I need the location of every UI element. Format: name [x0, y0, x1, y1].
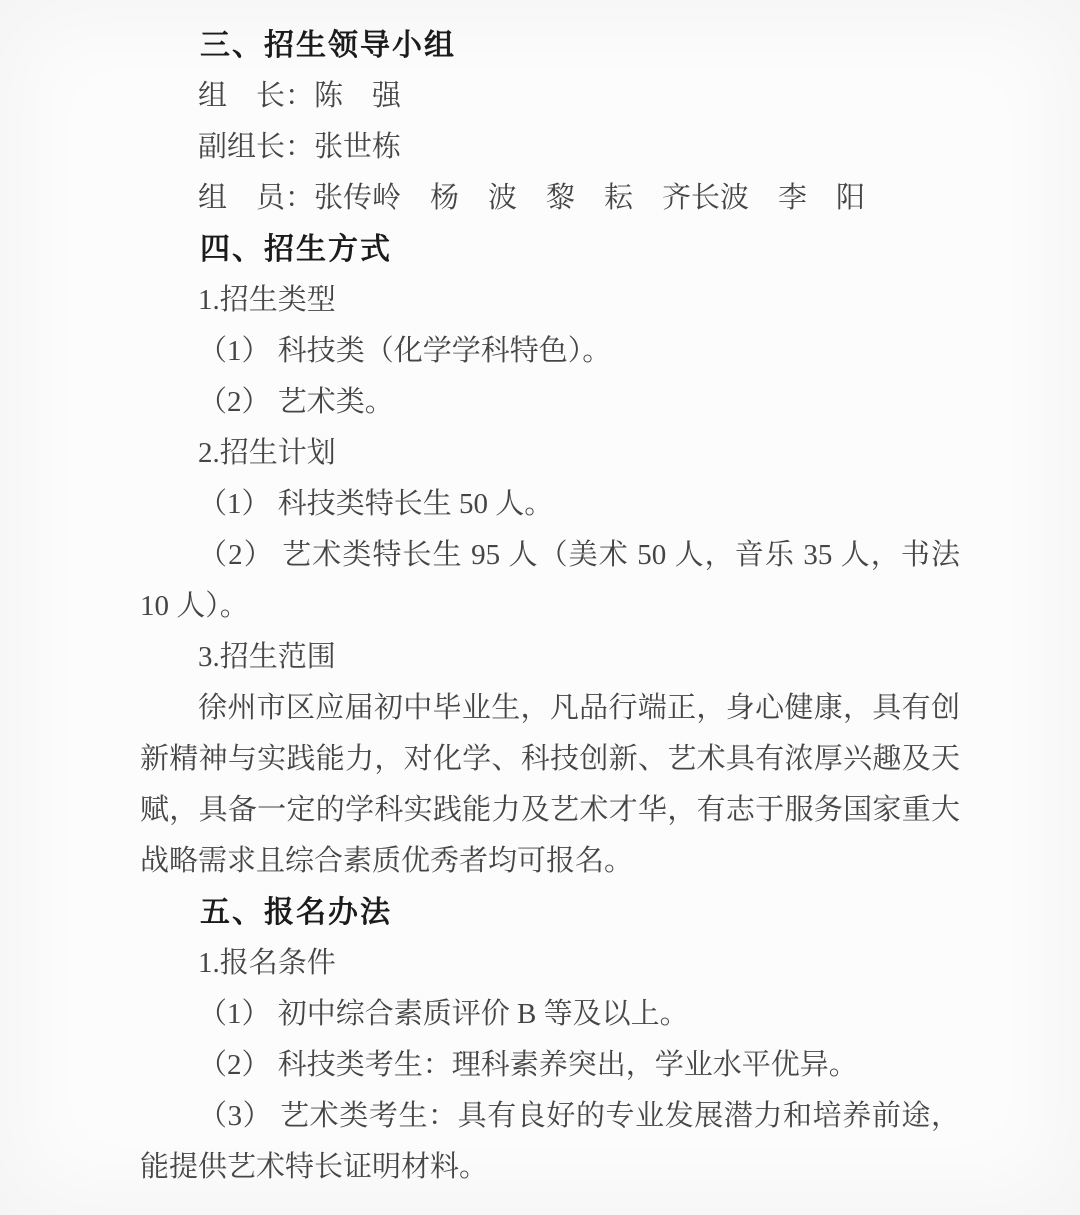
item-plan-art: （2） 艺术类特长生 95 人（美术 50 人，音乐 35 人，书法 10 人）…: [140, 530, 960, 632]
heading-application-method: 五、报名办法: [140, 887, 960, 938]
heading-enrollment-method: 四、招生方式: [140, 224, 960, 275]
line-enrollment-plan-label: 2.招生计划: [140, 428, 960, 479]
line-group-leader: 组 长：陈 强: [140, 71, 960, 122]
item-type-science-tech: （1） 科技类（化学学科特色）。: [140, 326, 960, 377]
document-page: 三、招生领导小组 组 长：陈 强 副组长：张世栋 组 员：张传岭 杨 波 黎 耘…: [0, 0, 1080, 1215]
item-plan-science-tech: （1） 科技类特长生 50 人。: [140, 479, 960, 530]
item-condition-science-tech: （2） 科技类考生：理科素养突出，学业水平优异。: [140, 1040, 960, 1091]
item-type-art: （2） 艺术类。: [140, 377, 960, 428]
item-condition-art: （3） 艺术类考生：具有良好的专业发展潜力和培养前途，能提供艺术特长证明材料。: [140, 1091, 960, 1193]
line-group-members: 组 员：张传岭 杨 波 黎 耘 齐长波 李 阳: [140, 173, 960, 224]
document-body: 三、招生领导小组 组 长：陈 强 副组长：张世栋 组 员：张传岭 杨 波 黎 耘…: [0, 0, 1080, 1193]
line-deputy-group-leader: 副组长：张世栋: [140, 122, 960, 173]
line-enrollment-type-label: 1.招生类型: [140, 275, 960, 326]
para-enrollment-scope: 徐州市区应届初中毕业生，凡品行端正，身心健康，具有创新精神与实践能力，对化学、科…: [140, 683, 960, 887]
line-enrollment-scope-label: 3.招生范围: [140, 632, 960, 683]
line-application-conditions-label: 1.报名条件: [140, 938, 960, 989]
heading-enrollment-leadership-group: 三、招生领导小组: [140, 20, 960, 71]
item-condition-comprehensive-quality: （1） 初中综合素质评价 B 等及以上。: [140, 989, 960, 1040]
